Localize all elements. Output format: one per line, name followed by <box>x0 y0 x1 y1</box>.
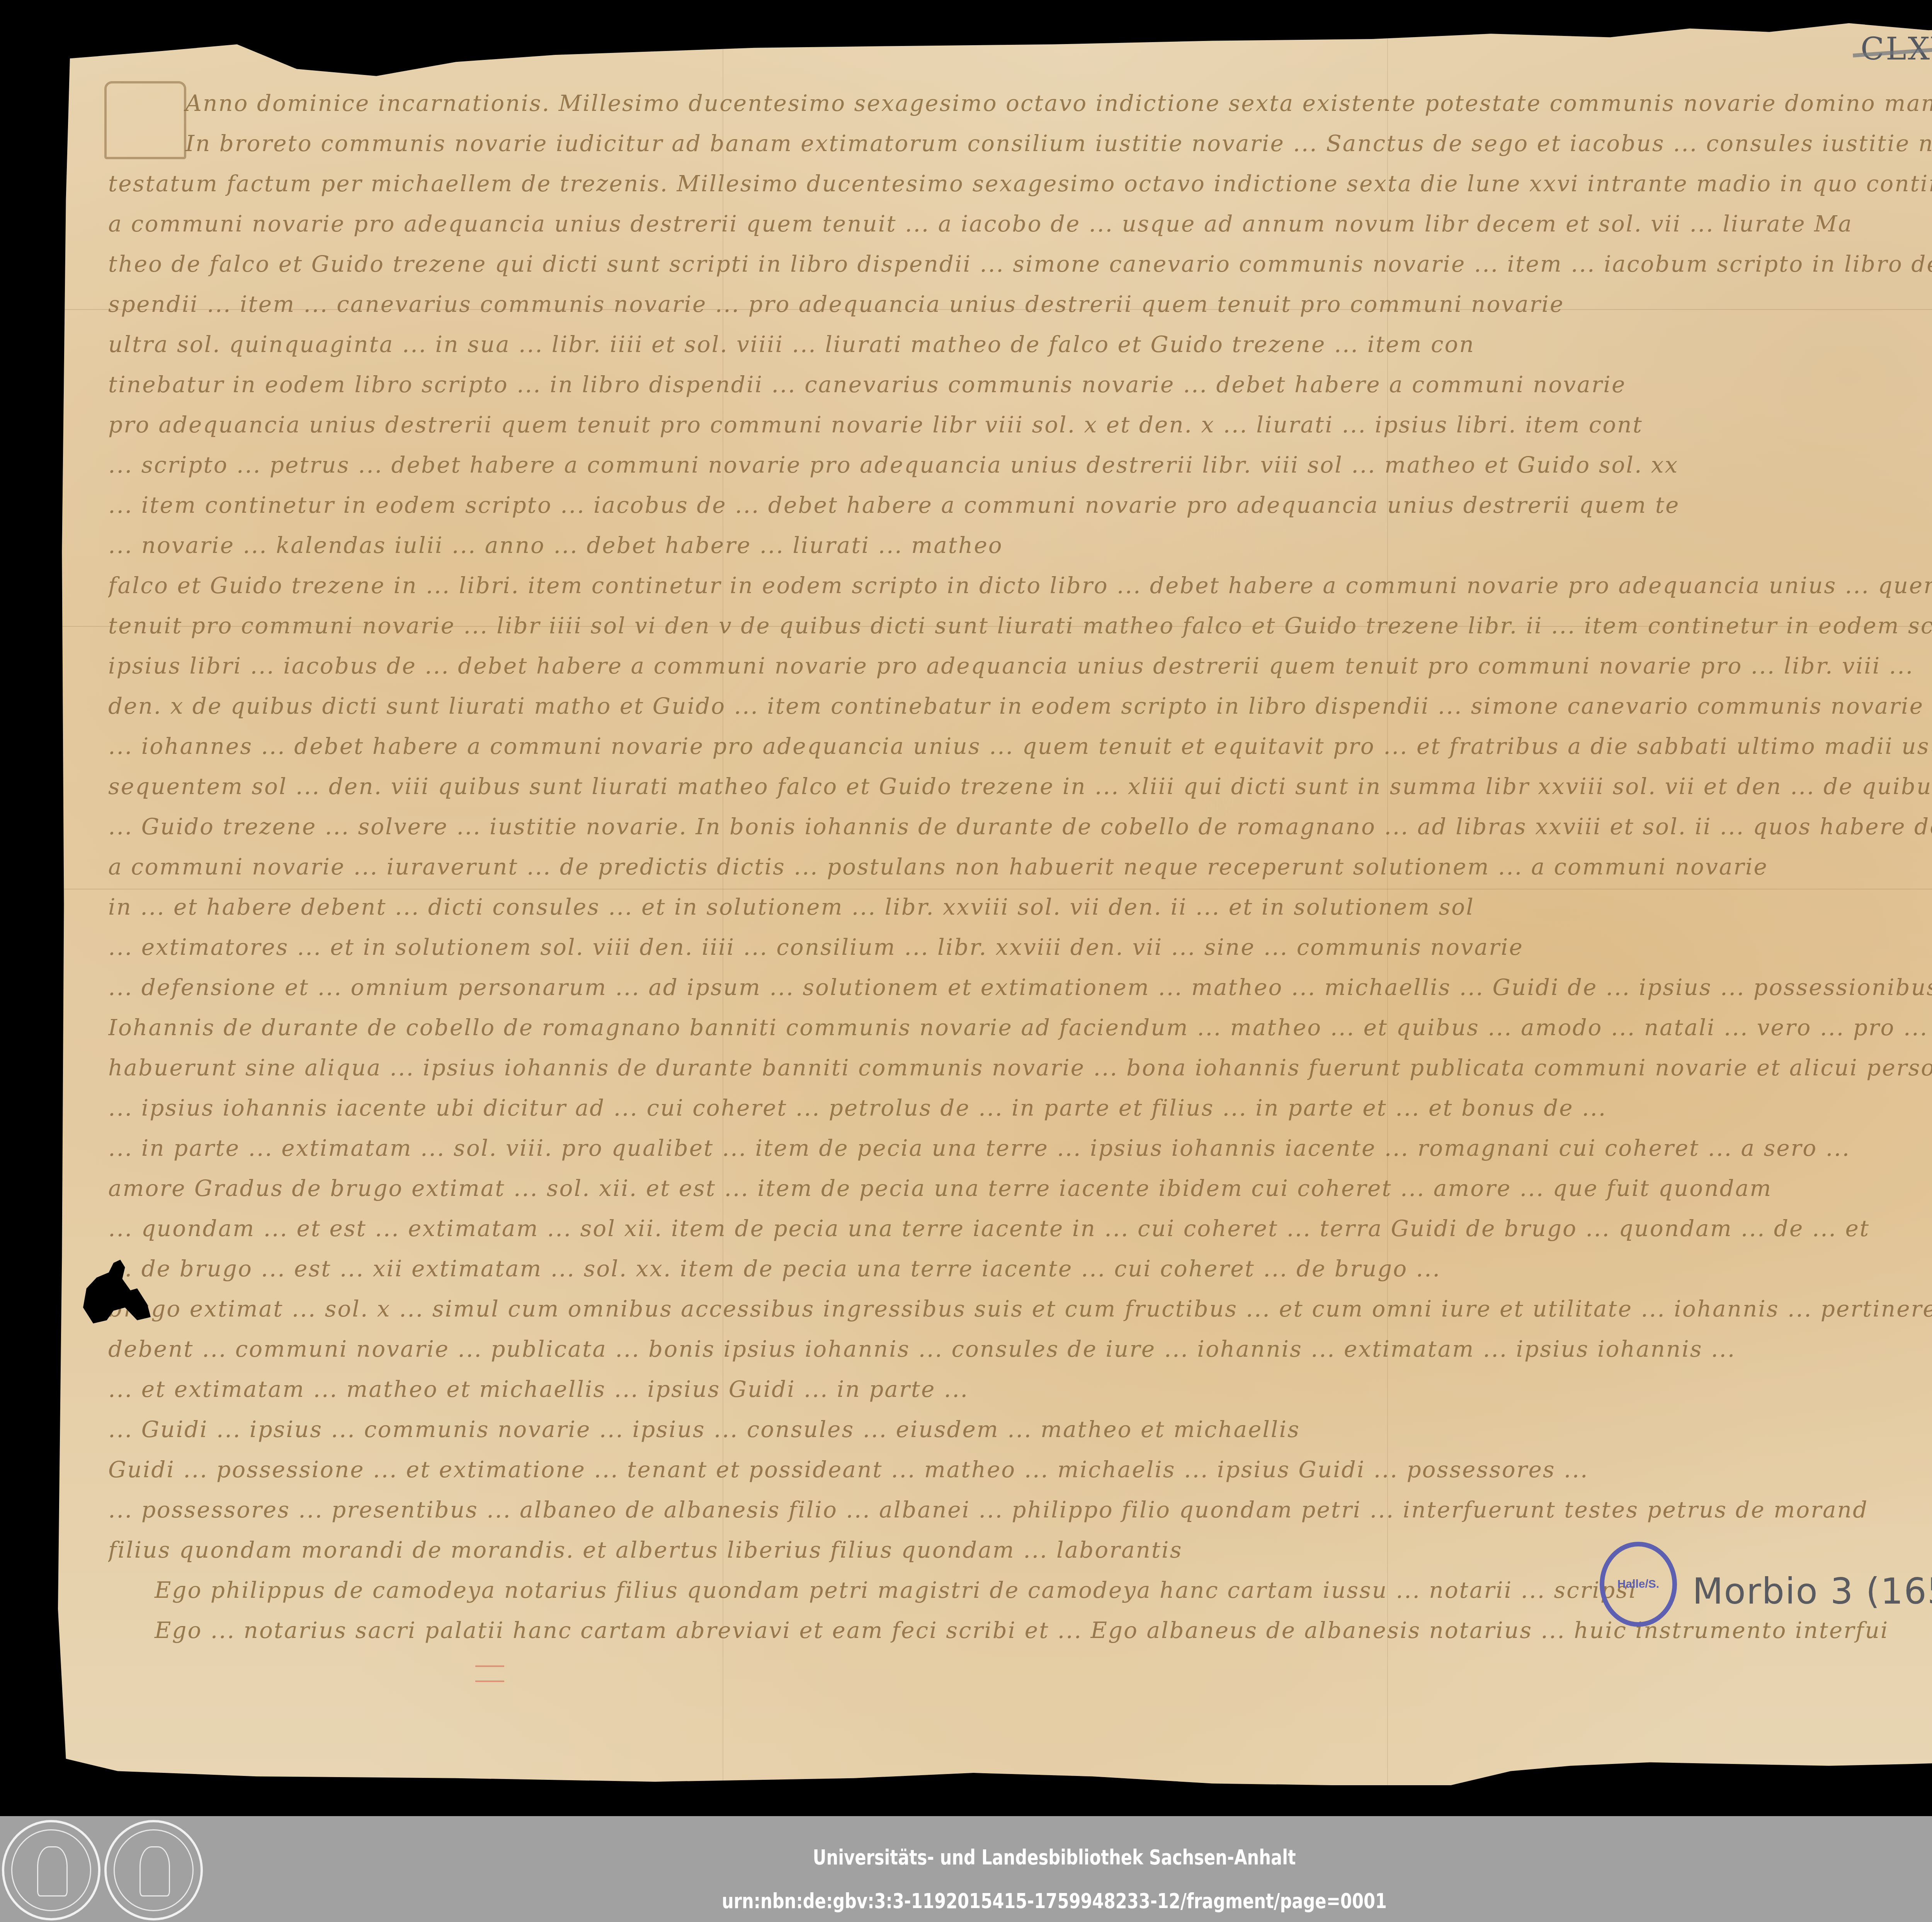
text-line: ... ipsius iohannis iacente ubi dicitur … <box>108 1090 1932 1126</box>
text-line: ... extimatores ... et in solutionem sol… <box>108 929 1932 966</box>
text-line: ... quondam ... et est ... extimatam ...… <box>108 1210 1932 1247</box>
red-ink-marks <box>475 1665 504 1682</box>
text-line: In broreto communis novarie iudicitur ad… <box>108 125 1932 162</box>
text-line: Guidi ... possessione ... et extimatione… <box>108 1451 1932 1488</box>
text-line: a communi novarie ... iuraverunt ... de … <box>108 849 1932 885</box>
university-seal-icon <box>104 1820 203 1920</box>
text-line: ... scripto ... petrus ... debet habere … <box>108 447 1932 483</box>
text-line: tenuit pro communi novarie ... libr iiii… <box>108 607 1932 644</box>
text-line: habuerunt sine aliqua ... ipsius iohanni… <box>108 1049 1932 1086</box>
text-line: a communi novarie pro adequancia unius d… <box>108 206 1932 242</box>
institution-name: Universitäts- und Landesbibliothek Sachs… <box>211 1845 1898 1869</box>
text-line: ... novarie ... kalendas iulii ... anno … <box>108 527 1932 564</box>
text-line: brugo extimat ... sol. x ... simul cum o… <box>108 1291 1932 1327</box>
text-line: ... iohannes ... debet habere a communi … <box>108 728 1932 765</box>
text-line: in ... et habere debent ... dicti consul… <box>108 889 1932 925</box>
text-line: Iohannis de durante de cobello de romagn… <box>108 1009 1932 1046</box>
text-line: den. x de quibus dicti sunt liurati math… <box>108 688 1932 725</box>
text-line: spendii ... item ... canevarius communis… <box>108 286 1932 323</box>
text-line: ... Guidi ... ipsius ... communis novari… <box>108 1411 1932 1448</box>
shelfmark-annotation: CLXV <box>1861 31 1932 67</box>
manuscript-scan: CLXV Anno dominice incarnationis. Milles… <box>0 0 1932 1816</box>
library-footer-banner: Universitäts- und Landesbibliothek Sachs… <box>0 1816 1932 1922</box>
text-line: ... item continetur in eodem scripto ...… <box>108 487 1932 524</box>
text-line: ... in parte ... extimatam ... sol. viii… <box>108 1130 1932 1167</box>
text-line: ultra sol. quinquaginta ... in sua ... l… <box>108 326 1932 363</box>
text-line: theo de falco et Guido trezene qui dicti… <box>108 246 1932 282</box>
text-line: tinebatur in eodem libro scripto ... in … <box>108 366 1932 403</box>
text-line: ... defensione et ... omnium personarum … <box>108 969 1932 1006</box>
text-line: ... et extimatam ... matheo et michaelli… <box>108 1371 1932 1408</box>
text-line: ipsius libri ... iacobus de ... debet ha… <box>108 648 1932 684</box>
text-line: pro adequancia unius destrerii quem tenu… <box>108 407 1932 443</box>
university-seal-icon <box>2 1820 100 1920</box>
text-line: ... de brugo ... est ... xii extimatam .… <box>108 1250 1932 1287</box>
text-line: testatum factum per michaellem de trezen… <box>108 165 1932 202</box>
library-stamp: Halle/S. <box>1600 1542 1677 1627</box>
text-line: amore Gradus de brugo extimat ... sol. x… <box>108 1170 1932 1207</box>
urn-identifier: urn:nbn:de:gbv:3:3-1192015415-1759948233… <box>211 1889 1898 1913</box>
pencil-shelfmark: Morbio 3 (165) <box>1692 1571 1932 1612</box>
stamp-text: Halle/S. <box>1617 1578 1659 1591</box>
text-line: debent ... communi novarie ... publicata… <box>108 1331 1932 1368</box>
text-line: falco et Guido trezene in ... libri. ite… <box>108 567 1932 604</box>
text-line: ... possessores ... presentibus ... alba… <box>108 1492 1932 1528</box>
text-line: ... Guido trezene ... solvere ... iustit… <box>108 808 1932 845</box>
charter-text: Anno dominice incarnationis. Millesimo d… <box>108 85 1932 1652</box>
text-line: Anno dominice incarnationis. Millesimo d… <box>108 85 1932 122</box>
parchment-charter: CLXV Anno dominice incarnationis. Milles… <box>58 23 1932 1785</box>
text-line: sequentem sol ... den. viii quibus sunt … <box>108 768 1932 805</box>
